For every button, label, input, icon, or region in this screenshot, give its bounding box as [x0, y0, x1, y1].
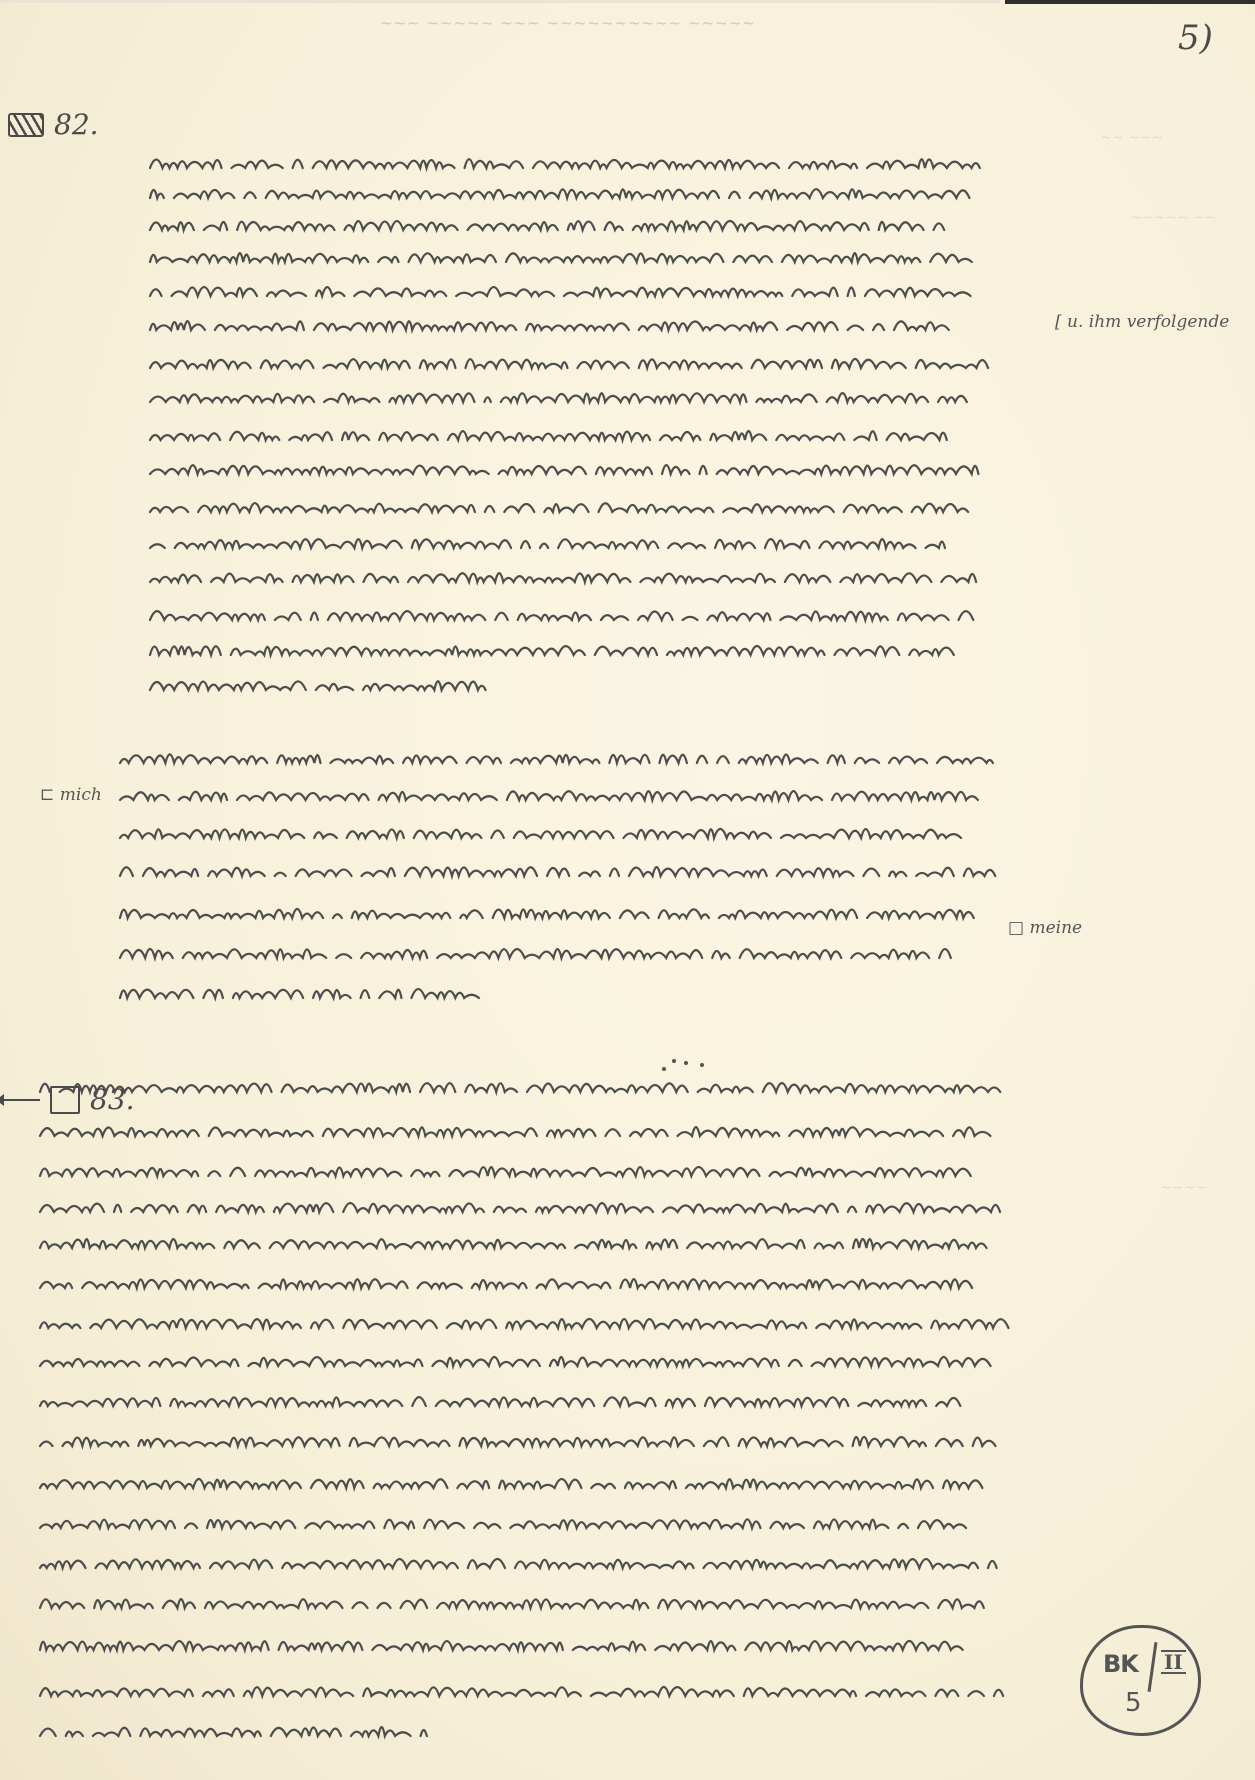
handwritten-line: [120, 856, 990, 896]
handwritten-line: [40, 1468, 980, 1508]
margin-note: [ u. ihm verfolgende: [1055, 312, 1229, 332]
handwritten-line: [40, 1072, 1000, 1112]
handwritten-line: [120, 743, 990, 783]
handwritten-line: [40, 1308, 1000, 1348]
handwritten-line: [40, 1346, 980, 1386]
margin-note: ⊏ mich: [40, 785, 102, 805]
scan-edge: [0, 0, 1000, 3]
handwritten-line: [40, 1268, 960, 1308]
handwritten-line: [40, 1630, 960, 1670]
handwritten-line: [40, 1116, 980, 1156]
handwritten-line: [120, 780, 970, 820]
section-number: 82.: [54, 108, 99, 141]
handwritten-line: [40, 1676, 1000, 1716]
bleed-through-text: ~~~~: [1160, 1180, 1207, 1196]
bleed-through-text: ~~~~~ ~~: [1130, 210, 1217, 226]
handwritten-line: [150, 635, 940, 675]
stamp-volume: II: [1161, 1650, 1186, 1674]
handwritten-line: [120, 818, 950, 858]
margin-note: □ meine: [1008, 918, 1082, 938]
page-number: 5): [1178, 18, 1213, 58]
handwritten-line: [40, 1588, 980, 1628]
handwritten-line: [150, 454, 980, 494]
handwritten-line: [150, 600, 960, 640]
handwritten-line: [150, 310, 940, 350]
scan-edge-dark-bar: [1005, 0, 1255, 4]
handwritten-line: [40, 1508, 960, 1548]
handwritten-line: [40, 1426, 1000, 1466]
handwritten-line: [120, 938, 950, 978]
archive-stamp: BK II 5: [1080, 1625, 1201, 1736]
stamp-number: 5: [1125, 1688, 1142, 1718]
stamp-slash: [1148, 1642, 1158, 1692]
arrow-left-icon: [0, 1099, 40, 1101]
handwritten-line: [40, 1386, 960, 1426]
handwritten-line: [150, 492, 960, 532]
faint-bleed-through-header: ~~~ ~~~~~ ~~~ ~~~~~~~~~~ ~~~~~: [380, 14, 756, 32]
handwritten-line: [120, 978, 468, 1018]
section-82-marker: 82.: [8, 108, 99, 141]
bleed-through-text: ~~ ~~~: [1100, 130, 1163, 146]
handwritten-line: [40, 1548, 1000, 1588]
stamp-collection: BK: [1103, 1650, 1138, 1678]
handwritten-line: [40, 1716, 424, 1756]
handwritten-line: [120, 898, 970, 938]
handwritten-line: [150, 562, 980, 602]
handwritten-line: [150, 382, 960, 422]
handwritten-line: [150, 670, 482, 710]
handwritten-line: [40, 1156, 960, 1196]
handwritten-line: [40, 1192, 1000, 1232]
handwritten-line: [40, 1228, 980, 1268]
hatched-box-icon: [8, 113, 44, 137]
